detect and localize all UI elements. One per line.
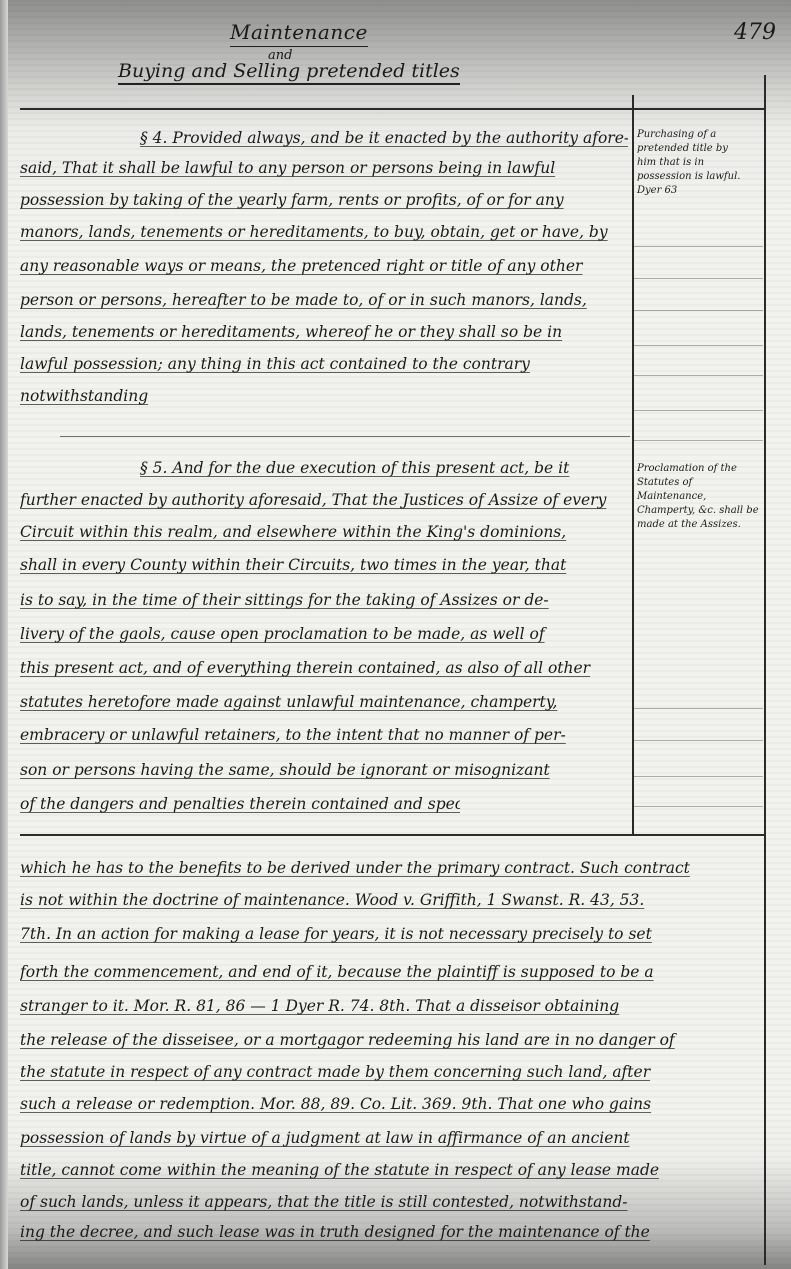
margin-rule [633, 410, 763, 411]
section-5-line: further enacted by authority aforesaid, … [20, 490, 628, 510]
section-4-line: said, That it shall be lawful to any per… [20, 158, 628, 178]
section-5-line: son or persons having the same, should b… [20, 760, 628, 780]
margin-note-section-5: Proclamation of the Statutes of Maintena… [637, 462, 762, 532]
commentary-line: the release of the disseisee, or a mortg… [20, 1030, 770, 1050]
margin-column-right-rule [764, 75, 766, 1265]
margin-rule [633, 440, 763, 441]
margin-note-line: Champerty, &c. shall be [637, 504, 762, 518]
margin-note-line: Dyer 63 [637, 184, 762, 198]
section-4-line: notwithstanding [20, 386, 180, 406]
page-left-edge [0, 0, 8, 1269]
page-number: 479 [734, 20, 776, 45]
section-5-line: shall in every County within their Circu… [20, 555, 628, 575]
margin-rule [633, 740, 763, 741]
section-5-line: Circuit within this realm, and elsewhere… [20, 522, 628, 542]
section-4-line: lawful possession; any thing in this act… [20, 354, 628, 374]
commentary-line: is not within the doctrine of maintenanc… [20, 890, 770, 910]
margin-note-section-4: Purchasing of a pretended title by him t… [637, 128, 762, 198]
section-5-line: is to say, in the time of their sittings… [20, 590, 628, 610]
margin-rule [633, 806, 763, 807]
margin-note-line: possession is lawful. [637, 170, 762, 184]
margin-note-line: Statutes of Maintenance, [637, 476, 762, 504]
margin-column-left-rule [632, 95, 634, 835]
section-5-line: livery of the gaols, cause open proclama… [20, 624, 628, 644]
section-4-line: person or persons, hereafter to be made … [20, 290, 628, 310]
margin-rule [633, 246, 763, 247]
margin-rule [633, 310, 763, 311]
commentary-line: such a release or redemption. Mor. 88, 8… [20, 1094, 770, 1114]
section-4-line: § 4. Provided always, and be it enacted … [140, 128, 628, 148]
margin-note-line: made at the Assizes. [637, 518, 762, 532]
margin-rule [633, 708, 763, 709]
section-5-line: this present act, and of everything ther… [20, 658, 628, 678]
section-divider [20, 834, 765, 836]
margin-note-line: him that is in [637, 156, 762, 170]
commentary-line: possession of lands by virtue of a judgm… [20, 1128, 770, 1148]
page-title: Maintenance [230, 20, 368, 47]
section-4-line: lands, tenements or hereditaments, where… [20, 322, 628, 342]
section-4-line: any reasonable ways or means, the preten… [20, 256, 628, 276]
commentary-line: forth the commencement, and end of it, b… [20, 962, 770, 982]
section-5-line: § 5. And for the due execution of this p… [140, 458, 628, 478]
commentary-line: which he has to the benefits to be deriv… [20, 858, 770, 878]
commentary-line: 7th. In an action for making a lease for… [20, 924, 770, 944]
margin-note-line: Proclamation of the [637, 462, 762, 476]
section-5-line: embracery or unlawful retainers, to the … [20, 725, 628, 745]
margin-rule [633, 375, 763, 376]
scanned-manuscript-page: Maintenance and Buying and Selling prete… [0, 0, 791, 1269]
margin-rule [633, 776, 763, 777]
commentary-line: ing the decree, and such lease was in tr… [20, 1222, 770, 1242]
section-4-line: possession by taking of the yearly farm,… [20, 190, 628, 210]
margin-rule [633, 345, 763, 346]
header-rule [20, 108, 765, 110]
commentary-line: the statute in respect of any contract m… [20, 1062, 770, 1082]
margin-rule [633, 278, 763, 279]
page-subtitle: Buying and Selling pretended titles [118, 60, 460, 85]
commentary-line: title, cannot come within the meaning of… [20, 1160, 770, 1180]
section-separator-rule [60, 436, 630, 437]
section-5-line: statutes heretofore made against unlawfu… [20, 692, 628, 712]
margin-note-line: pretended title by [637, 142, 762, 156]
commentary-line: stranger to it. Mor. R. 81, 86 — 1 Dyer … [20, 996, 770, 1016]
section-4-line: manors, lands, tenements or hereditament… [20, 222, 628, 242]
commentary-line: of such lands, unless it appears, that t… [20, 1192, 770, 1212]
section-5-line: of the dangers and penalties therein con… [20, 794, 460, 814]
margin-note-line: Purchasing of a [637, 128, 762, 142]
